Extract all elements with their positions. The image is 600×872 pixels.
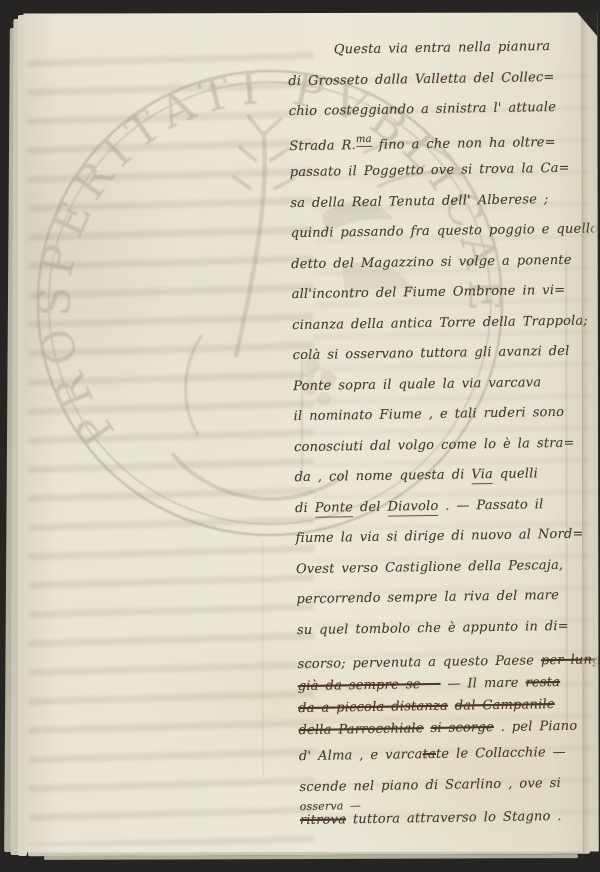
page-edge-bottom-outer	[44, 854, 578, 860]
page-fold-edge	[581, 12, 598, 851]
text-line: fiume la via si dirige di nuovo al Nord=	[295, 526, 595, 561]
text-line: di Grosseto dalla Valletta del Collec=	[288, 69, 588, 104]
text-line: Ponte sopra il quale la via varcava	[293, 374, 593, 409]
text-line: conosciuti dal volgo come lo è la stra=	[294, 435, 594, 470]
text-line: all'incontro del Fiume Ombrone in vi=	[292, 282, 592, 317]
text-line: il nominato Fiume , e tali ruderi sono	[293, 404, 593, 439]
text-line: percorrendo sempre la riva del mare	[296, 587, 596, 622]
ink-bleedthrough-left	[27, 39, 314, 845]
text-line: Ovest verso Castiglione della Pescaja,	[296, 557, 596, 592]
text-line: d' Alma , e varcatate le Collacchie —	[299, 744, 599, 779]
text-line: Questa via entra nella pianura	[288, 38, 588, 73]
text-line: ritrova tuttora attraverso lo Stagno .	[300, 808, 599, 843]
photographed-manuscript-book: { "watermark": { "ring_text": "PROSPERIT…	[0, 0, 600, 872]
text-line: colà si osservano tuttora gli avanzi del	[293, 343, 593, 378]
text-line: detto del Magazzino si volge a ponente	[291, 252, 591, 287]
text-line: passato il Poggetto ove si trova la Ca=	[290, 160, 590, 195]
manuscript-page: PROSPERITATI PVBLICAE Questa via entra n…	[23, 12, 598, 852]
manuscript-text: Questa via entra nella pianuradi Grosset…	[288, 38, 599, 843]
text-line: su quel tombolo che è appunto in di=	[297, 618, 597, 653]
text-line: chio costeggiando a sinistra l' attuale	[289, 99, 589, 134]
text-line: cinanza della antica Torre della Trappol…	[292, 313, 592, 348]
text-line: di Ponte del Diavolo . — Passato il	[295, 496, 595, 531]
text-line: Strada R.ma fino a che non ha oltre=	[289, 130, 589, 165]
text-line: quindi passando fra questo poggio e quel…	[291, 221, 591, 256]
text-line: sa della Real Tenuta dell' Alberese ;	[290, 191, 590, 226]
text-line: da , col nome questa di Via quelli	[294, 465, 594, 500]
